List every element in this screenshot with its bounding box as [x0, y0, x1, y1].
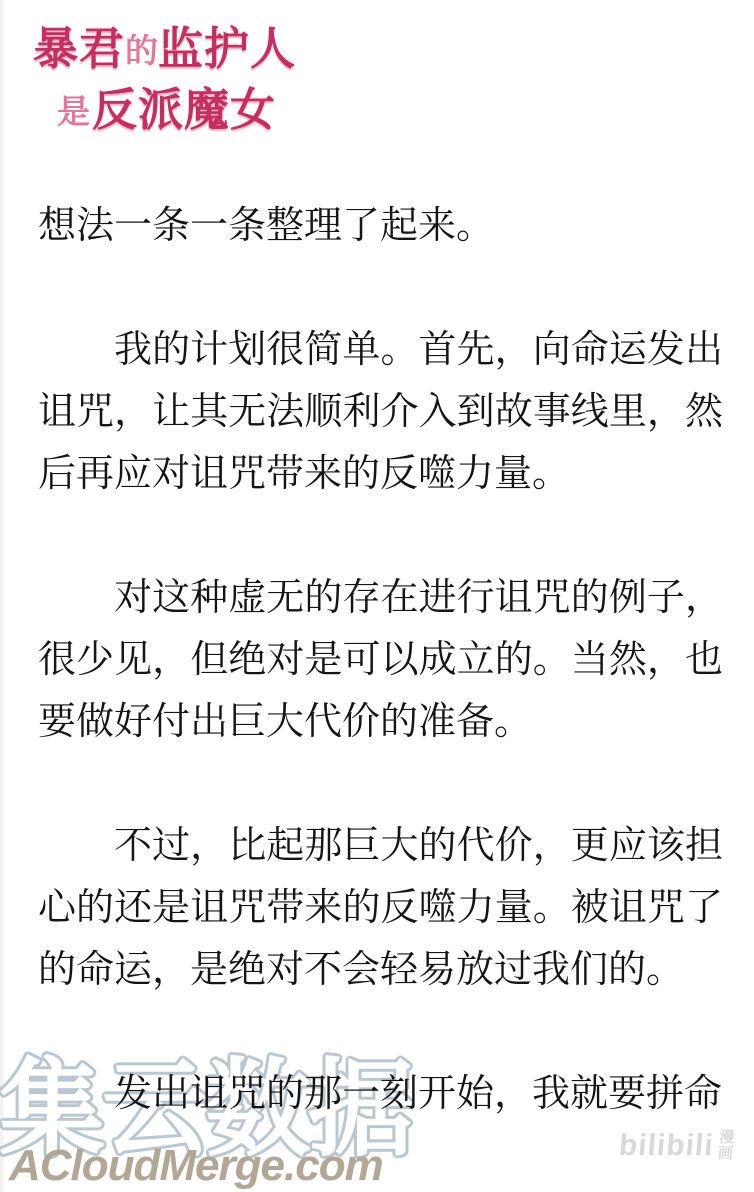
- paragraph: 对这种虚无的存在进行诅咒的例子，很少见，但绝对是可以成立的。当然，也要做好付出巨…: [38, 567, 723, 753]
- site-url-watermark: ACloudMerge.com: [9, 1141, 383, 1191]
- paragraph: 不过，比起那巨大的代价，更应该担心的还是诅咒带来的反噬力量。被诅咒了的命运，是绝…: [38, 815, 723, 1001]
- logo-text-segment: 暴君: [33, 24, 125, 74]
- paragraph: 发出诅咒的那一刻开始，我就要拼命: [38, 1063, 723, 1125]
- comic-page: 暴君的监护人 是反派魔女 集云数据 想法一条一条整理了起来。 我的计划很简单。首…: [0, 0, 754, 1192]
- logo-text-segment: 监护人: [158, 24, 296, 74]
- paragraph: 想法一条一条整理了起来。: [38, 195, 723, 257]
- series-logo-line1: 暴君的监护人: [33, 24, 296, 85]
- story-text: 想法一条一条整理了起来。 我的计划很简单。首先，向命运发出诅咒，让其无法顺利介入…: [38, 195, 723, 1187]
- series-logo: 暴君的监护人 是反派魔女: [33, 24, 296, 146]
- logo-text-segment: 的: [125, 34, 158, 70]
- series-logo-line2: 是反派魔女: [57, 85, 296, 146]
- paragraph: 我的计划很简单。首先，向命运发出诅咒，让其无法顺利介入到故事线里，然后再应对诅咒…: [38, 319, 723, 505]
- logo-text-segment: 反派魔女: [92, 85, 276, 135]
- logo-text-segment: 是: [57, 95, 92, 131]
